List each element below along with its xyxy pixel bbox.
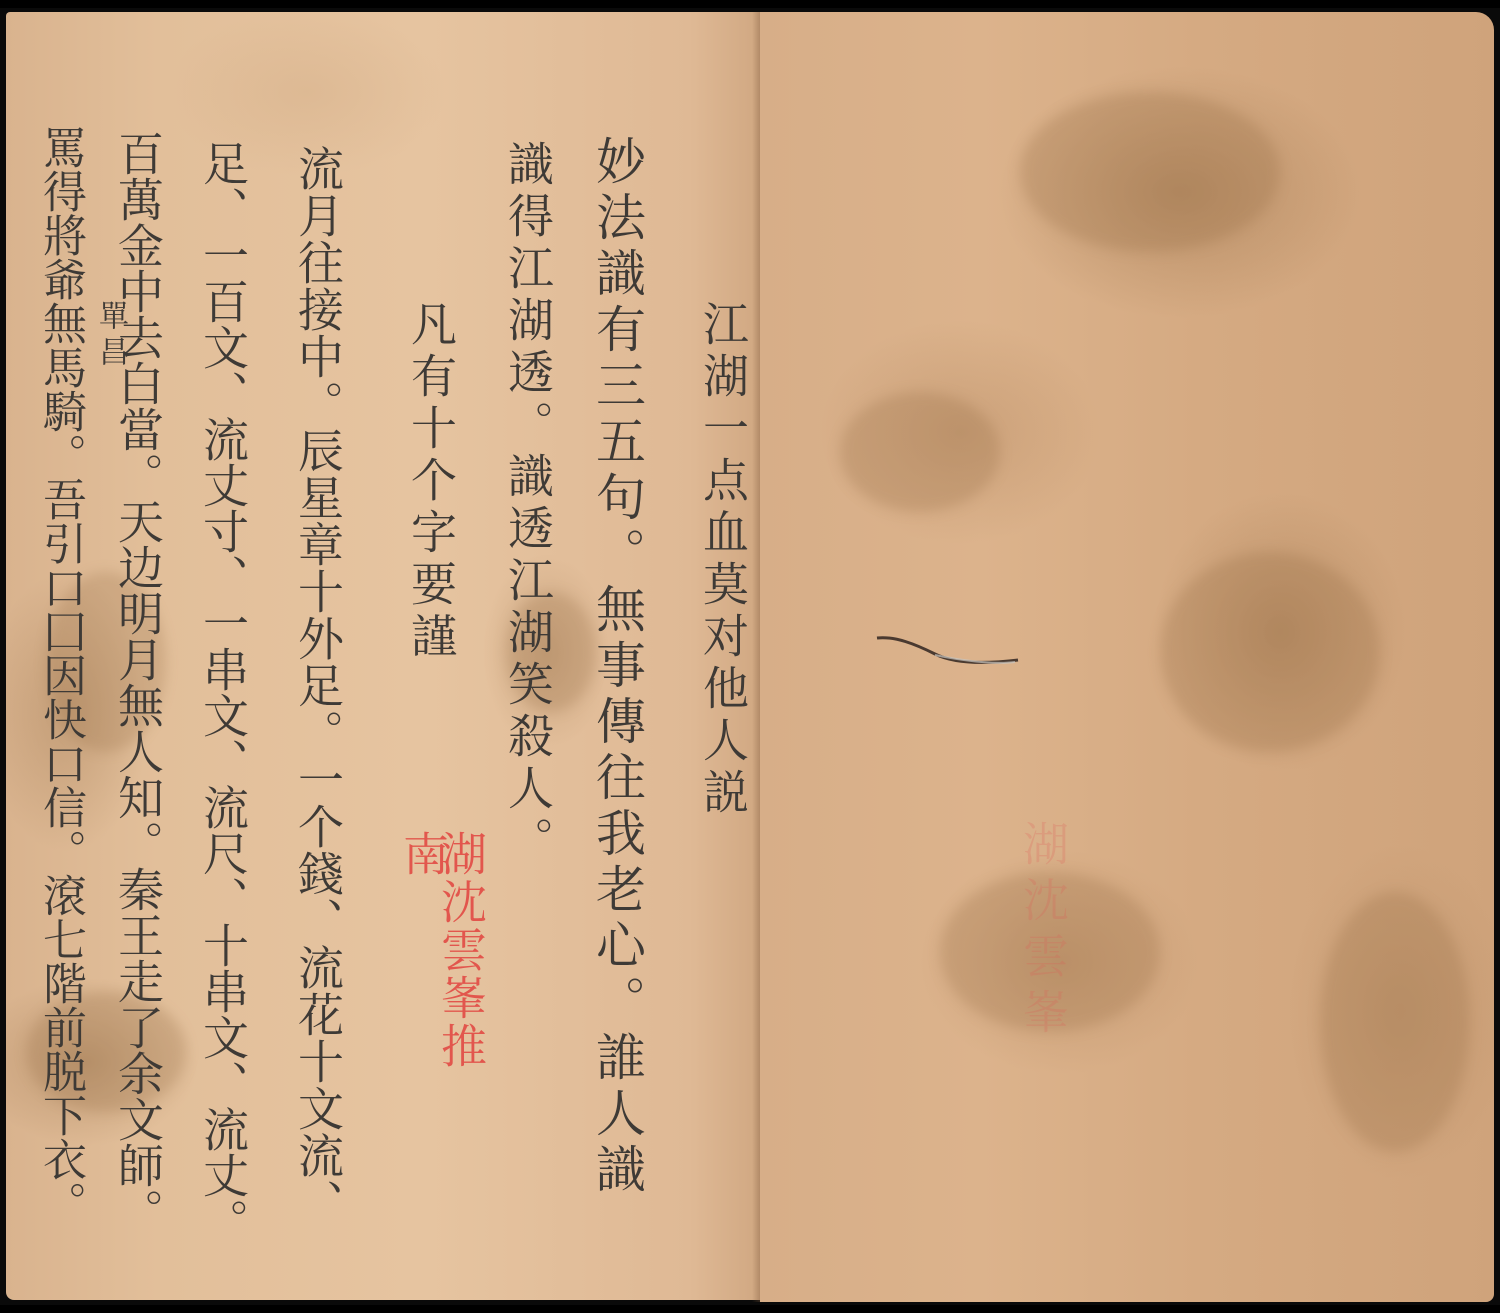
stain <box>1020 92 1280 252</box>
stain <box>1160 552 1380 752</box>
text-column-8: 罵得將爺無馬騎。吾引口囗因快口信。滾七階前脱下衣。 <box>38 125 82 1225</box>
text-column-8-annotation: 單昌 <box>95 300 125 372</box>
text-column-7: 百萬金中去白當。天边明月無人知。秦王走了余文師。 <box>115 130 161 1234</box>
text-column-1: 江湖一点血莫对他人説 <box>700 300 746 820</box>
text-column-5: 流月往接中。辰星章十外足。一个錢、流花十文流、 <box>295 145 341 1226</box>
text-column-2: 妙法識有三五句。無事傳往我老心。誰人識 <box>592 135 642 1199</box>
text-column-3: 識得江湖透。識透江湖笑殺人。 <box>505 140 551 868</box>
text-column-6: 足、一百文、流丈寸、一串文、流尺、十串文、流丈。 <box>200 140 246 1244</box>
faint-seal-bleed: 湖沈雲峯 <box>1020 820 1066 1044</box>
red-seal-left-column: 南 <box>400 830 446 882</box>
stain <box>1320 892 1470 1152</box>
right-page <box>760 12 1494 1302</box>
stain <box>840 392 1000 512</box>
scratch-mark-icon <box>875 630 1020 670</box>
text-column-4: 凡有十个字要謹 <box>408 300 454 664</box>
